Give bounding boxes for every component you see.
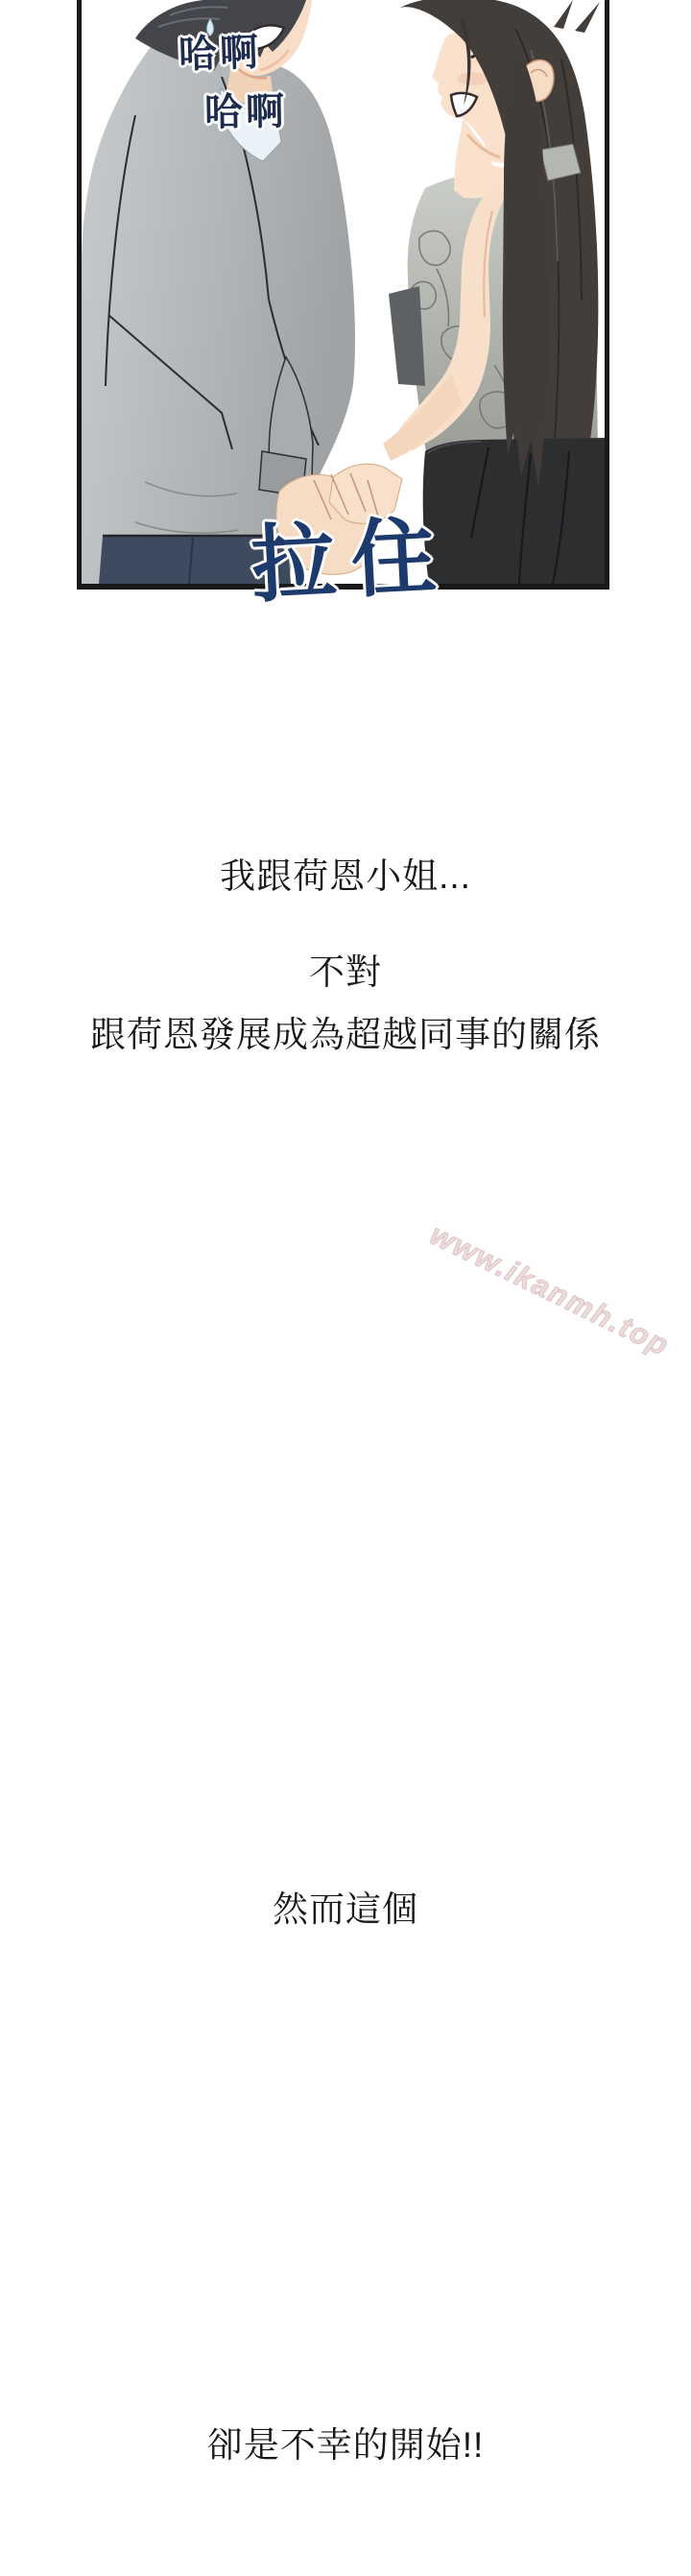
panel-artwork — [82, 0, 605, 584]
panel-caption-lazhu: 拉住 — [250, 514, 453, 609]
narration-line-3: 跟荷恩發展成為超越同事的關係 — [0, 1015, 691, 1056]
narration-line-2: 不對 — [0, 952, 691, 994]
comic-panel — [77, 0, 609, 590]
narration-line-5: 卻是不幸的開始!! — [0, 2425, 691, 2467]
comic-page: 哈啊 哈啊 拉住 我跟荷恩小姐... 不對 跟荷恩發展成為超越同事的關係 www… — [0, 0, 691, 2576]
narration-line-1: 我跟荷恩小姐... — [0, 856, 691, 898]
sfx-haa-2: 哈啊 — [204, 92, 288, 132]
sfx-haa-1: 哈啊 — [178, 34, 261, 75]
narration-line-4: 然而這個 — [0, 1890, 691, 1931]
site-watermark: www.ikanmh.top — [424, 1217, 675, 1363]
